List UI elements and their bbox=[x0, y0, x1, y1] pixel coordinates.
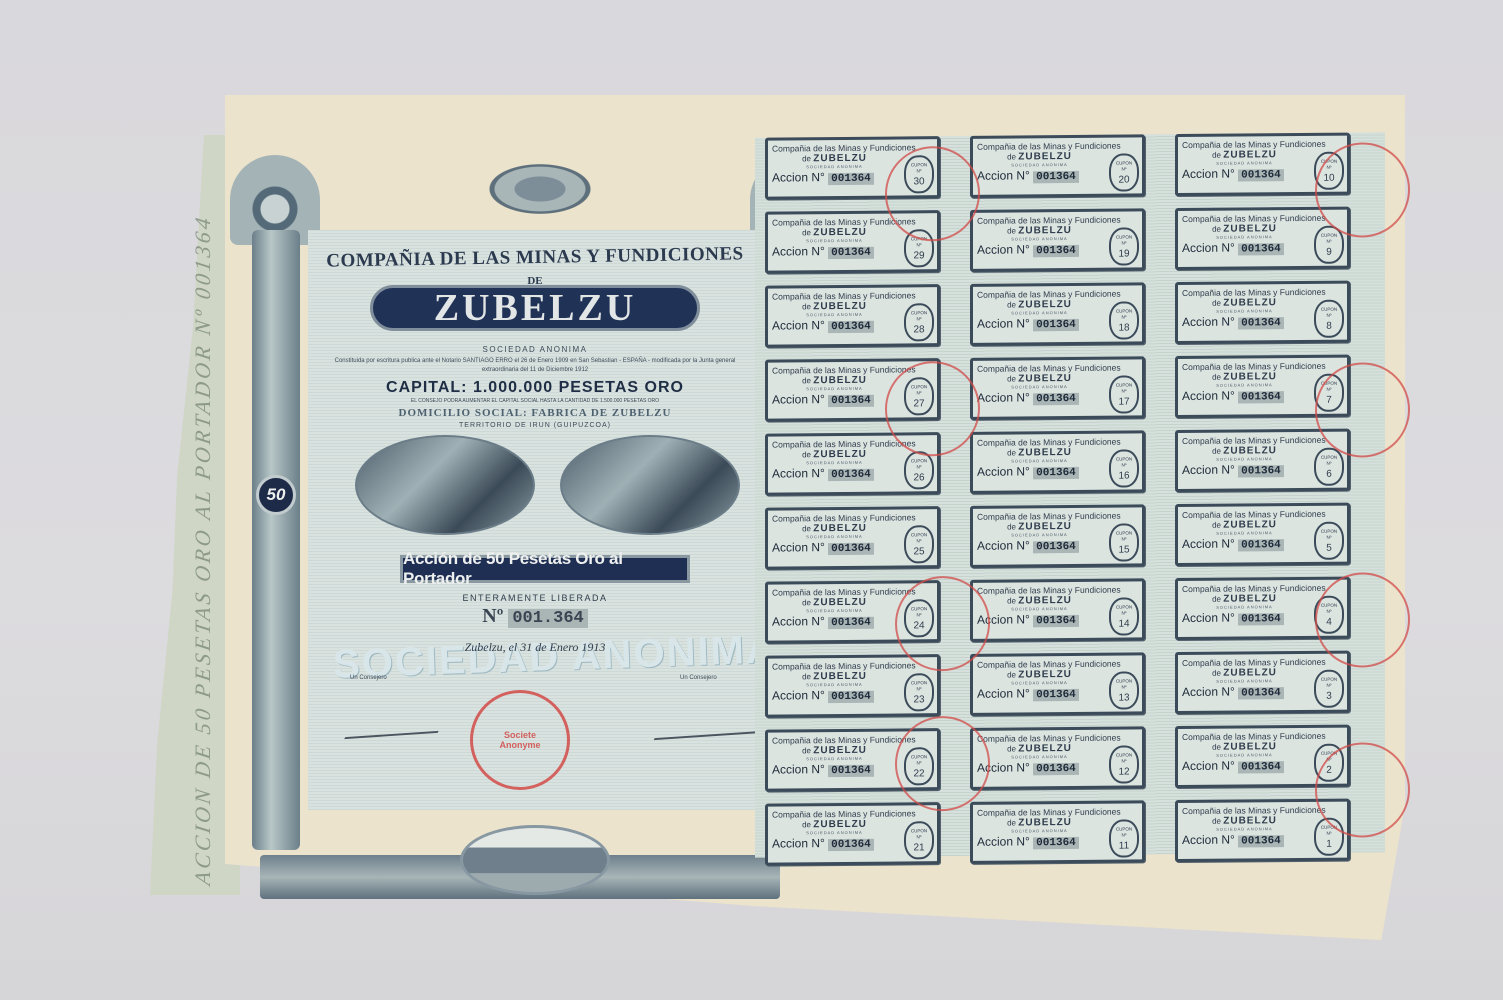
dividend-coupon: Compañia de las Minas y Fundiciones de Z… bbox=[970, 652, 1145, 716]
coupon-company: Compañia de las Minas y Fundiciones bbox=[1182, 213, 1343, 224]
coupon-company: Compañia de las Minas y Fundiciones bbox=[1182, 139, 1343, 150]
coupon-number-oval: CUPONNº11 bbox=[1109, 819, 1139, 857]
dividend-coupon: Compañia de las Minas y Fundiciones de Z… bbox=[970, 134, 1145, 198]
coupon-stamp bbox=[895, 576, 990, 672]
coupon-number-oval: CUPONNº15 bbox=[1109, 523, 1139, 561]
coupon-company: Compañia de las Minas y Fundiciones bbox=[772, 290, 933, 301]
share-certificate-photo: ACCION DE 50 PESETAS ORO AL PORTADOR Nº … bbox=[90, 95, 1410, 940]
coupon-number-oval: CUPONNº12 bbox=[1109, 745, 1139, 783]
coupon-stamp bbox=[1315, 742, 1410, 838]
coupon-number: 29 bbox=[906, 250, 932, 262]
coupon-number-oval: CUPONNº25 bbox=[904, 525, 934, 563]
coupon-number: 28 bbox=[906, 324, 932, 336]
coupon-stamp bbox=[885, 361, 980, 457]
coupon-stamp bbox=[1315, 362, 1410, 458]
coupon-number: 23 bbox=[906, 694, 932, 706]
landscape-vignette bbox=[460, 825, 610, 895]
dividend-coupon: Compañia de las Minas y Fundiciones de Z… bbox=[765, 802, 940, 866]
coupon-number: 11 bbox=[1111, 840, 1137, 852]
coupon-number-oval: CUPONNº20 bbox=[1109, 153, 1139, 191]
top-crest-vignette bbox=[430, 135, 650, 225]
territorio-line: TERRITORIO DE IRUN (GUIPUZCOA) bbox=[320, 422, 750, 429]
coupon-company: Compañia de las Minas y Fundiciones bbox=[772, 808, 933, 819]
coupon-number-oval: CUPONNº28 bbox=[904, 303, 934, 341]
dividend-coupon: Compañia de las Minas y Fundiciones de Z… bbox=[1175, 281, 1350, 345]
coupon-company: Compañia de las Minas y Fundiciones bbox=[1182, 583, 1343, 594]
date-line: Zubelzu, el 31 de Enero 1913 bbox=[320, 640, 750, 655]
coupon-number: 9 bbox=[1316, 247, 1342, 259]
stub-text: ACCION DE 50 PESETAS ORO AL PORTADOR Nº … bbox=[190, 213, 216, 887]
dividend-coupon: Compañia de las Minas y Fundiciones de Z… bbox=[1175, 651, 1350, 715]
coupon-company: Compañia de las Minas y Fundiciones bbox=[1182, 731, 1343, 742]
coupon-company: Compañia de las Minas y Fundiciones bbox=[772, 660, 933, 671]
coupon-number: 18 bbox=[1111, 322, 1137, 334]
dividend-coupon: Compañia de las Minas y Fundiciones de Z… bbox=[970, 282, 1145, 346]
coupon-number-oval: CUPONNº19 bbox=[1109, 227, 1139, 265]
dividend-coupon: Compañia de las Minas y Fundiciones de Z… bbox=[970, 430, 1145, 494]
coupon-company: Compañia de las Minas y Fundiciones bbox=[977, 436, 1138, 447]
coupon-company: Compañia de las Minas y Fundiciones bbox=[1182, 361, 1343, 372]
number-prefix: Nº bbox=[482, 605, 503, 627]
coupon-number: 3 bbox=[1316, 691, 1342, 703]
coupon-number-oval: CUPONNº3 bbox=[1314, 670, 1344, 708]
coupon-stamp bbox=[1315, 572, 1410, 668]
dividend-coupon: Compañia de las Minas y Fundiciones de Z… bbox=[970, 578, 1145, 642]
coupon-number-oval: CUPONNº14 bbox=[1109, 597, 1139, 635]
dividend-coupon: Compañia de las Minas y Fundiciones de Z… bbox=[970, 800, 1145, 864]
signer-right-label: Un Consejero bbox=[680, 675, 717, 681]
liberada-label: ENTERAMENTE LIBERADA bbox=[320, 593, 750, 603]
left-column bbox=[252, 230, 300, 850]
coupon-grid: Compañia de las Minas y Fundiciones de Z… bbox=[765, 133, 1350, 866]
coupon-number-oval: CUPONNº8 bbox=[1314, 300, 1344, 338]
denomination-badge-left: 50 bbox=[256, 475, 296, 515]
coupon-number: 21 bbox=[906, 842, 932, 854]
domicilio-line: DOMICILIO SOCIAL: FABRICA DE ZUBELZU bbox=[320, 407, 750, 419]
machinery-vignette bbox=[560, 435, 740, 535]
certificate-number: Nº 001.364 bbox=[320, 605, 750, 628]
coupon-number-oval: CUPONNº6 bbox=[1314, 448, 1344, 486]
coupon-number-oval: CUPONNº18 bbox=[1109, 301, 1139, 339]
coupon-company: Compañia de las Minas y Fundiciones bbox=[977, 510, 1138, 521]
coupon-company: Compañia de las Minas y Fundiciones bbox=[977, 584, 1138, 595]
coupon-number: 6 bbox=[1316, 469, 1342, 481]
coupon-company: Compañia de las Minas y Fundiciones bbox=[977, 288, 1138, 299]
stamp-line1: Societe bbox=[504, 730, 536, 740]
constitution-text: Constituida por escritura publica ante e… bbox=[320, 357, 750, 375]
coupon-company: Compañia de las Minas y Fundiciones bbox=[977, 732, 1138, 743]
coupon-company: Compañia de las Minas y Fundiciones bbox=[772, 512, 933, 523]
capital-line: CAPITAL: 1.000.000 PESETAS ORO bbox=[320, 379, 750, 397]
coupon-company: Compañia de las Minas y Fundiciones bbox=[977, 140, 1138, 151]
coupon-company: Compañia de las Minas y Fundiciones bbox=[977, 214, 1138, 225]
coupon-number: 16 bbox=[1111, 470, 1137, 482]
stamp-line2: Anonyme bbox=[499, 740, 540, 750]
coupon-number-oval: CUPONNº17 bbox=[1109, 375, 1139, 413]
coupon-number-oval: CUPONNº21 bbox=[904, 821, 934, 859]
coupon-number: 25 bbox=[906, 546, 932, 558]
coupon-number: 8 bbox=[1316, 321, 1342, 333]
coupon-number: 26 bbox=[906, 472, 932, 484]
dividend-coupon: Compañia de las Minas y Fundiciones de Z… bbox=[970, 208, 1145, 272]
coupon-number: 12 bbox=[1111, 766, 1137, 778]
dividend-coupon: Compañia de las Minas y Fundiciones de Z… bbox=[765, 284, 940, 348]
number-value: 001.364 bbox=[508, 609, 587, 628]
share-banner-text: Acción de 50 Pesetas Oro al Portador bbox=[403, 549, 687, 589]
coupon-company: Compañia de las Minas y Fundiciones bbox=[1182, 657, 1343, 668]
coupon-company: Compañia de las Minas y Fundiciones bbox=[1182, 435, 1343, 446]
coupon-company: Compañia de las Minas y Fundiciones bbox=[977, 658, 1138, 669]
dividend-coupon: Compañia de las Minas y Fundiciones de Z… bbox=[1175, 503, 1350, 567]
coupon-company: Compañia de las Minas y Fundiciones bbox=[1182, 287, 1343, 298]
coupon-stamp bbox=[885, 146, 980, 242]
coupon-number: 19 bbox=[1111, 248, 1137, 260]
share-banner: Acción de 50 Pesetas Oro al Portador bbox=[400, 555, 690, 583]
coupon-number-oval: CUPONNº16 bbox=[1109, 449, 1139, 487]
signer-left-label: Un Consejero bbox=[350, 675, 387, 681]
sociedad-anonima-label: SOCIEDAD ANONIMA bbox=[320, 345, 750, 354]
certificate: COMPAÑIA DE LAS MINAS Y FUNDICIONES DE Z… bbox=[230, 135, 830, 905]
dividend-coupon: Compañia de las Minas y Fundiciones de Z… bbox=[970, 356, 1145, 420]
coupon-stamp bbox=[1315, 142, 1410, 238]
coupon-number: 5 bbox=[1316, 543, 1342, 555]
coupon-sheet: Compañia de las Minas y Fundiciones de Z… bbox=[755, 132, 1385, 857]
coupon-company: Compañia de las Minas y Fundiciones bbox=[977, 806, 1138, 817]
coupon-stamp bbox=[895, 716, 990, 812]
factory-interior-vignette bbox=[355, 435, 535, 535]
dividend-coupon: Compañia de las Minas y Fundiciones de Z… bbox=[765, 654, 940, 718]
coupon-number-oval: CUPONNº26 bbox=[904, 451, 934, 489]
company-name: ZUBELZU bbox=[434, 286, 637, 330]
coupon-number: 13 bbox=[1111, 692, 1137, 704]
company-stamp: Societe Anonyme bbox=[470, 690, 570, 790]
capital-note: EL CONSEJO PODRA AUMENTAR EL CAPITAL SOC… bbox=[320, 398, 750, 404]
coupon-number-oval: CUPONNº5 bbox=[1314, 522, 1344, 560]
coupon-number: 17 bbox=[1111, 396, 1137, 408]
coupon-number: 15 bbox=[1111, 544, 1137, 556]
coupon-number: 20 bbox=[1111, 174, 1137, 186]
dividend-coupon: Compañia de las Minas y Fundiciones de Z… bbox=[970, 726, 1145, 790]
coupon-number-oval: CUPONNº23 bbox=[904, 673, 934, 711]
coupon-number-oval: CUPONNº13 bbox=[1109, 671, 1139, 709]
coupon-number: 14 bbox=[1111, 618, 1137, 630]
coupon-number: 1 bbox=[1316, 839, 1342, 851]
dividend-coupon: Compañia de las Minas y Fundiciones de Z… bbox=[765, 506, 940, 570]
coupon-company: Compañia de las Minas y Fundiciones bbox=[1182, 509, 1343, 520]
company-name-banner: ZUBELZU bbox=[370, 285, 700, 331]
dividend-coupon: Compañia de las Minas y Fundiciones de Z… bbox=[970, 504, 1145, 568]
coupon-company: Compañia de las Minas y Fundiciones bbox=[977, 362, 1138, 373]
